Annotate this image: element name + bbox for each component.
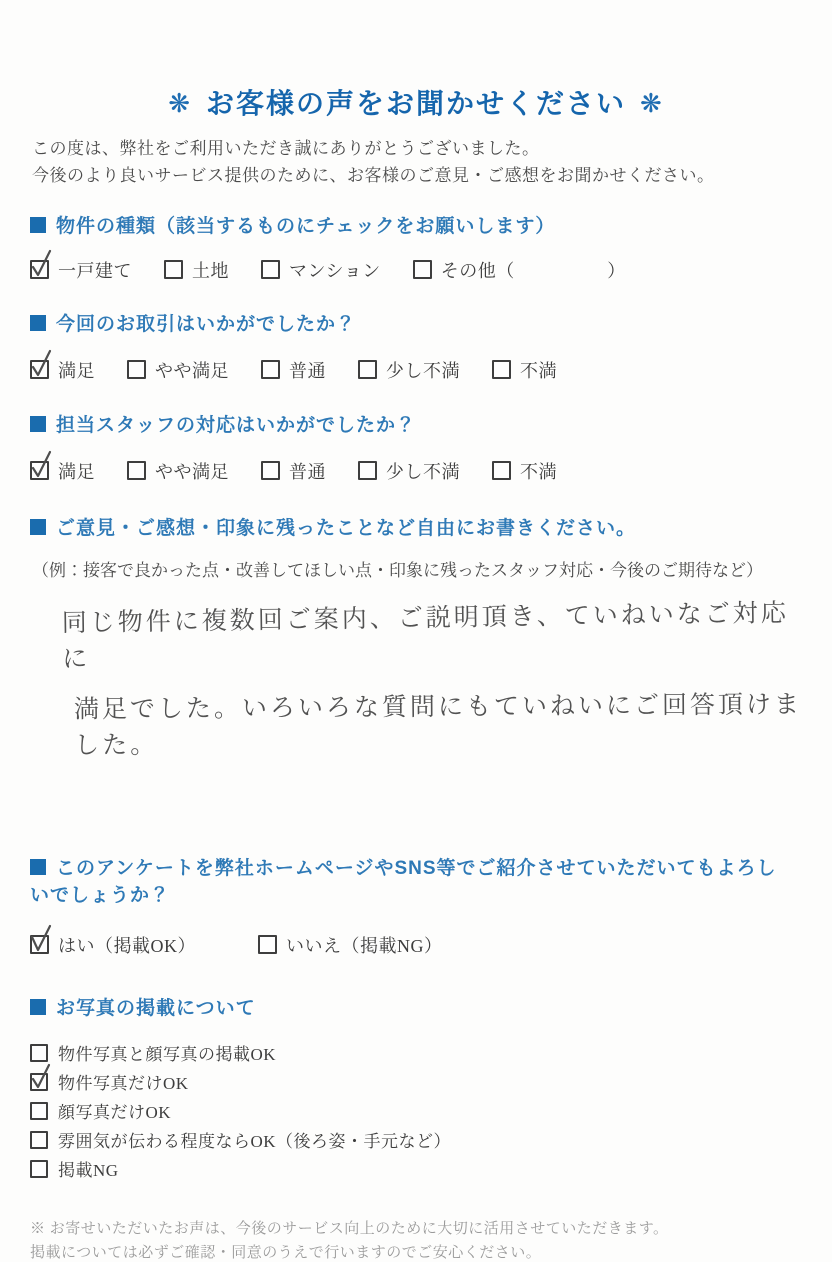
- option-label: 満足: [58, 462, 95, 482]
- option-label: 掲載NG: [58, 1161, 119, 1180]
- section-heading-text: 担当スタッフの対応はいかがでしたか？: [56, 415, 416, 436]
- intro-line-2: 今後のより良いサービス提供のために、お客様のご意見・ご感想をお聞かせください。: [32, 162, 802, 189]
- staff-options: 満足 やや満足 普通 少し不満 不満: [30, 458, 802, 484]
- option-slightly-dissatisfied: 少し不満: [358, 357, 460, 383]
- check-mark-icon: [29, 348, 55, 380]
- option-label: 物件写真と顔写真の掲載OK: [58, 1045, 276, 1064]
- check-mark-icon: [29, 449, 55, 481]
- checkbox-property-photo-only-checked: [30, 1073, 48, 1091]
- option-label: やや満足: [155, 462, 229, 482]
- checkbox-staff-slightly-dissatisfied: [358, 461, 377, 480]
- checkbox-other: [413, 260, 432, 279]
- check-mark-icon: [29, 248, 55, 280]
- option-neutral: 普通: [261, 357, 326, 383]
- checkbox-staff-satisfied-checked: [30, 461, 49, 480]
- checkbox-transaction-slightly-dissatisfied: [358, 360, 377, 379]
- footer-note: ※ お寄せいただいたお声は、今後のサービス向上のために大切に活用させていただきま…: [30, 1217, 802, 1262]
- checkbox-detached-house-checked: [30, 260, 49, 279]
- option-label: はい（掲載OK）: [58, 936, 196, 956]
- checkbox-transaction-satisfied-checked: [30, 360, 49, 379]
- option-condominium: マンション: [261, 257, 381, 283]
- section-heading-text: 今回のお取引はいかがでしたか？: [56, 314, 356, 335]
- option-satisfied: 満足: [30, 357, 95, 383]
- option-no-publication-ng: いいえ（掲載NG）: [258, 932, 443, 958]
- transaction-options: 満足 やや満足 普通 少し不満 不満: [30, 357, 802, 383]
- option-somewhat-satisfied: やや満足: [127, 458, 229, 484]
- option-land: 土地: [164, 257, 229, 283]
- option-label: 物件写真だけOK: [58, 1074, 189, 1093]
- option-face-photo-only-ok: 顔写真だけOK: [30, 1098, 802, 1127]
- checkbox-land: [164, 260, 183, 279]
- option-slightly-dissatisfied: 少し不満: [358, 458, 460, 484]
- flower-splat-icon-right: ❋: [640, 88, 664, 119]
- option-label: 一戸建て: [58, 261, 132, 281]
- option-dissatisfied: 不満: [492, 458, 557, 484]
- checkbox-transaction-somewhat-satisfied: [127, 360, 146, 379]
- flower-splat-icon-left: ❋: [168, 88, 192, 119]
- option-label: 顔写真だけOK: [58, 1103, 171, 1122]
- square-bullet-icon: [30, 416, 46, 432]
- intro-text: この度は、弊社をご利用いただき誠にありがとうございました。 今後のより良いサービ…: [32, 135, 802, 189]
- option-label: 普通: [289, 462, 326, 482]
- option-property-photo-only-ok: 物件写真だけOK: [30, 1069, 802, 1098]
- section-heading-comments: ご意見・ご感想・印象に残ったことなど自由にお書きください。: [30, 515, 780, 542]
- option-somewhat-satisfied: やや満足: [127, 357, 229, 383]
- square-bullet-icon: [30, 217, 46, 233]
- section-heading-property-type: 物件の種類（該当するものにチェックをお願いします）: [30, 213, 780, 240]
- option-ambience-only-ok: 雰囲気が伝わる程度ならOK（後ろ姿・手元など）: [30, 1127, 802, 1156]
- checkbox-sns-yes-checked: [30, 935, 49, 954]
- option-property-and-face-photo-ok: 物件写真と顔写真の掲載OK: [30, 1040, 802, 1069]
- survey-form-scan: ❋お客様の声をお聞かせください❋ この度は、弊社をご利用いただき誠にありがとうご…: [0, 0, 832, 1262]
- option-label: 少し不満: [386, 361, 460, 381]
- check-mark-icon: [29, 923, 55, 955]
- option-detached-house: 一戸建て: [30, 257, 132, 283]
- square-bullet-icon: [30, 859, 46, 875]
- section-heading-transaction: 今回のお取引はいかがでしたか？: [30, 311, 780, 338]
- checkbox-staff-somewhat-satisfied: [127, 461, 146, 480]
- section-heading-text: このアンケートを弊社ホームページやSNS等でご紹介させていただいてもよろしいでし…: [30, 858, 777, 906]
- option-label: 雰囲気が伝わる程度ならOK（後ろ姿・手元など）: [58, 1132, 451, 1151]
- checkbox-condominium: [261, 260, 280, 279]
- option-satisfied: 満足: [30, 458, 95, 484]
- checkbox-ambience-only: [30, 1131, 48, 1149]
- page-title: ❋お客様の声をお聞かせください❋: [30, 82, 802, 122]
- checkbox-sns-no: [258, 935, 277, 954]
- comments-example-text: （例：接客で良かった点・改善してほしい点・印象に残ったスタッフ対応・今後のご期待…: [32, 558, 774, 584]
- checkbox-staff-dissatisfied: [492, 461, 511, 480]
- section-heading-sns-permission: このアンケートを弊社ホームページやSNS等でご紹介させていただいてもよろしいでし…: [30, 855, 780, 909]
- option-publication-ng: 掲載NG: [30, 1156, 802, 1185]
- checkbox-face-photo-only: [30, 1102, 48, 1120]
- handwritten-comment-line-1: 同じ物件に複数回ご案内、ご説明頂き、ていねいなご対応に: [62, 593, 803, 675]
- option-dissatisfied: 不満: [492, 357, 557, 383]
- option-neutral: 普通: [261, 458, 326, 484]
- square-bullet-icon: [30, 519, 46, 535]
- option-label: 少し不満: [386, 462, 460, 482]
- section-heading-staff: 担当スタッフの対応はいかがでしたか？: [30, 412, 780, 439]
- checkbox-publication-ng: [30, 1160, 48, 1178]
- checkbox-transaction-dissatisfied: [492, 360, 511, 379]
- footer-line-2: 掲載については必ずご確認・同意のうえで行いますのでご安心ください。: [30, 1241, 802, 1262]
- section-heading-photo-permission: お写真の掲載について: [30, 995, 780, 1022]
- checkbox-staff-neutral: [261, 461, 280, 480]
- option-label: 満足: [58, 361, 95, 381]
- checkbox-property-and-face-photo: [30, 1044, 48, 1062]
- checkbox-transaction-neutral: [261, 360, 280, 379]
- footer-line-1: ※ お寄せいただいたお声は、今後のサービス向上のために大切に活用させていただきま…: [30, 1217, 802, 1241]
- page-title-text: お客様の声をお聞かせください: [206, 88, 626, 119]
- section-heading-text: 物件の種類（該当するものにチェックをお願いします）: [56, 216, 555, 237]
- option-label: その他（ ）: [441, 261, 626, 281]
- section-heading-text: ご意見・ご感想・印象に残ったことなど自由にお書きください。: [56, 518, 636, 539]
- check-mark-icon: [29, 1061, 55, 1093]
- section-heading-text: お写真の掲載について: [56, 998, 256, 1019]
- option-label: 不満: [520, 462, 557, 482]
- intro-line-1: この度は、弊社をご利用いただき誠にありがとうございました。: [32, 135, 802, 162]
- handwritten-comment-line-2: 満足でした。いろいろな質問にもていねいにご回答頂けました。: [74, 684, 802, 761]
- option-label: やや満足: [155, 361, 229, 381]
- option-label: マンション: [289, 261, 381, 281]
- option-label: いいえ（掲載NG）: [286, 936, 443, 956]
- option-label: 不満: [520, 361, 557, 381]
- property-type-options: 一戸建て 土地 マンション その他（ ）: [30, 257, 802, 283]
- option-other: その他（ ）: [413, 257, 626, 283]
- square-bullet-icon: [30, 999, 46, 1015]
- sns-permission-options: はい（掲載OK） いいえ（掲載NG）: [30, 932, 802, 958]
- photo-permission-options: 物件写真と顔写真の掲載OK 物件写真だけOK 顔写真だけOK 雰囲気が伝わる程度…: [30, 1040, 802, 1185]
- option-yes-publication-ok: はい（掲載OK）: [30, 932, 196, 958]
- option-label: 土地: [192, 261, 229, 281]
- option-label: 普通: [289, 361, 326, 381]
- square-bullet-icon: [30, 315, 46, 331]
